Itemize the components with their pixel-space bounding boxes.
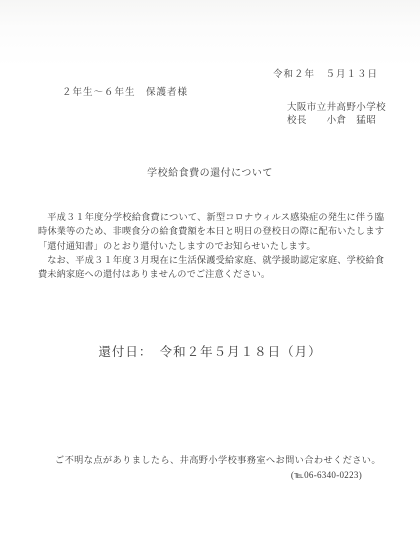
recipient-line: ２年生～６年生 保護者様 [62, 84, 188, 98]
document-date: 令和２年 ５月１３日 [273, 66, 378, 80]
sender-principal-line: 校長 小倉 猛昭 [287, 115, 386, 128]
refund-date-line: 還付日： 令和２年５月１８日（月） [0, 342, 420, 360]
body-block: 平成３１年度分学校給食費について、新型コロナウィルス感染症の発生に伴う臨時休業等… [38, 210, 384, 281]
document-page: 令和２年 ５月１３日 ２年生～６年生 保護者様 大阪市立井高野小学校 校長 小倉… [0, 0, 420, 560]
sender-block: 大阪市立井高野小学校 校長 小倉 猛昭 [287, 102, 386, 128]
body-paragraph-2: なお、平成３１年度３月現在に生活保護受給家庭、就学援助認定家庭、学校給食費未納家… [38, 253, 384, 282]
sender-school-line: 大阪市立井高野小学校 [287, 102, 386, 115]
document-title: 学校給食費の還付について [0, 164, 420, 179]
phone-number: (℡06-6340-0223) [291, 470, 362, 481]
body-paragraph-1: 平成３１年度分学校給食費について、新型コロナウィルス感染症の発生に伴う臨時休業等… [38, 210, 384, 253]
contact-line: ご不明な点がありましたら、井高野小学校事務室へお問い合わせください。 [55, 452, 381, 466]
